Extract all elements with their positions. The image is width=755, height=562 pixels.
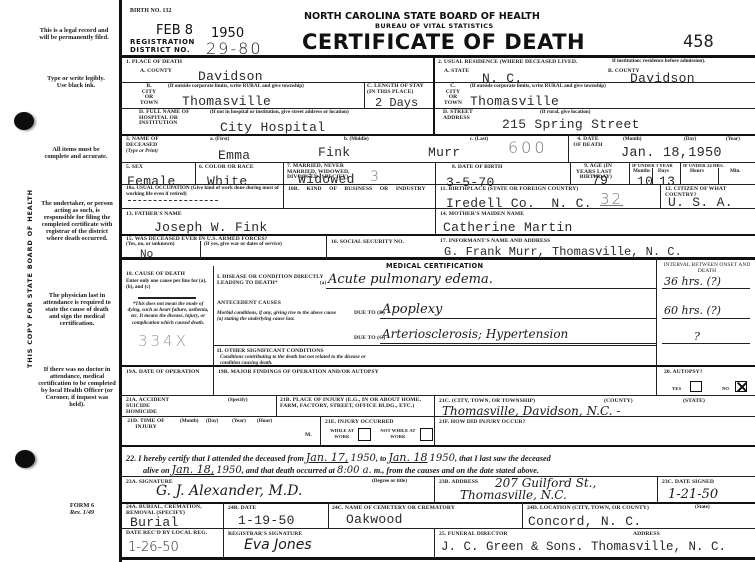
street-value: 215 Spring Street [502, 117, 640, 132]
cause-line-a: Acute pulmonary edema. [328, 272, 493, 287]
dob-label: 8. DATE OF BIRTH [452, 164, 503, 170]
line-a-label: (a) [320, 281, 326, 287]
middle-name-value: Fink [318, 145, 350, 160]
cause-of-death-label: 18. CAUSE OF DEATH [126, 271, 185, 277]
burial-state-label: (State) [695, 505, 710, 511]
col-rule [680, 162, 681, 184]
alive-on-label: alive on [143, 466, 170, 475]
burial-location-value: Concord, N. C. [528, 514, 641, 529]
time-m-label: m. [305, 432, 312, 438]
cause-hint: Enter only one cause per line for (a), (… [126, 279, 210, 291]
row-rule [434, 108, 755, 109]
birth-number: Birth No. 132 [130, 8, 172, 14]
part1-label: I. DISEASE OR CONDITION DIRECTLY LEADING… [217, 275, 337, 286]
col-rule [652, 168, 653, 184]
cemetery-value: Oakwood [346, 512, 403, 527]
birthplace-pencil-code: 32 [600, 190, 623, 208]
occupation-blank [128, 200, 218, 201]
section-rule [120, 257, 755, 260]
while-at-work-checkbox[interactable] [358, 428, 371, 441]
time-of-death: 8:00 a. [337, 465, 372, 476]
legal-record-note: This is a legal record and will be perma… [38, 27, 110, 41]
operation-date-label: 19a. DATE OF OPERATION [126, 369, 208, 375]
city-hint: (If outside corporate limits, write RURA… [168, 84, 304, 90]
res-city-label: c. CITY OR TOWN [443, 84, 463, 106]
col-rule [718, 168, 719, 184]
autopsy-label: 20. AUTOPSY? [664, 369, 703, 375]
injury-state-label: (STATE) [683, 398, 705, 404]
punch-hole-icon [14, 112, 34, 130]
cause-c-line [380, 343, 656, 344]
date-signed-label: 23c. DATE SIGNED [662, 479, 714, 485]
time-of-injury-label: 21d. TIME OF INJURY [126, 419, 166, 431]
no-doctor-note: If there was no doctor in attendance, me… [38, 366, 116, 408]
form-number: FORM 6 Rev. 1/49 [60, 502, 104, 516]
death-occurred-label: , and that death occurred at [242, 466, 335, 475]
col-rule [364, 82, 365, 108]
last-name-label: c. (Last) [470, 137, 488, 143]
cause-note-rule [138, 297, 196, 299]
certify-suffix: , that I last saw the deceased [455, 454, 551, 463]
col-rule [283, 162, 284, 184]
district-label: DISTRICT NO. [130, 46, 190, 54]
while-at-work-label: WHILE AT WORK [326, 428, 358, 440]
res-state-label: a. STATE [444, 68, 469, 74]
place-of-death-label: 1. PLACE OF DEATH [126, 59, 182, 65]
col-rule [657, 476, 658, 502]
interval-a-line [662, 288, 750, 289]
col-rule [435, 184, 436, 234]
col-rule [213, 365, 214, 395]
antecedent-label: ANTECEDENT CAUSES [217, 300, 281, 306]
dod-month-label: (Month) [623, 137, 641, 143]
father-label: 13. FATHER'S NAME [126, 211, 182, 217]
street-label: d. STREET ADDRESS [443, 110, 483, 121]
res-city-hint: (If outside corporate limits, write RURA… [470, 84, 606, 90]
col-rule [200, 241, 201, 257]
cemetery-label: 24c. NAME OF CEMETERY OR CREMATORY [332, 505, 455, 511]
date-of-death-label: 4. DATE OF DEATH [573, 137, 603, 148]
form-left-border [119, 0, 122, 562]
col-rule [570, 162, 571, 184]
marital-pencil-code: 3 [370, 169, 379, 185]
county-label: a. COUNTY [140, 68, 172, 74]
col-rule [568, 134, 569, 162]
date-of-death-value: Jan. 18,1950 [621, 146, 722, 161]
degree-label: (Degree or title) [372, 479, 407, 485]
name-label: 3. NAME OF DECEASED [126, 137, 176, 148]
col-rule [223, 502, 224, 557]
certify-line-2: alive on Jan. 18, 1950, and that death o… [143, 463, 539, 476]
autopsy-no-checkbox-checked[interactable] [735, 381, 747, 392]
funeral-director-value: J. C. Green & Sons. Thomasville, N. C. [441, 540, 726, 554]
col-rule [434, 528, 435, 557]
medical-heading: MEDICAL CERTIFICATION [386, 262, 483, 270]
stamp-date: FEB 8 [156, 23, 193, 38]
father-value: Joseph W. Fink [154, 220, 267, 235]
birthplace-label: 11. BIRTHPLACE (State or foreign country… [440, 186, 578, 192]
date-received-value: 1-26-50 [128, 540, 179, 555]
agency-name: NORTH CAROLINA STATE BOARD OF HEALTH [304, 11, 540, 22]
row-rule [120, 208, 755, 209]
vertical-copy-title: THIS COPY FOR STATE BOARD OF HEALTH [26, 189, 34, 368]
certify-prefix: 22. I hereby certify that I attended the… [126, 454, 304, 463]
place-of-injury-label: 21b. PLACE OF INJURY (e.g., in or about … [280, 398, 430, 409]
ssn-label: 16. SOCIAL SECURITY NO. [331, 239, 404, 245]
col-rule [328, 502, 329, 528]
col-rule [656, 257, 657, 365]
row-rule [120, 395, 755, 396]
registration-label: REGISTRATION [130, 38, 195, 46]
to-word: , to [376, 454, 386, 463]
cause-pencil-code: 334X [138, 332, 189, 350]
col-rule [326, 234, 327, 257]
last-seen-alive-year: 1950 [216, 465, 241, 476]
registrar-signature: Eva Jones [244, 537, 312, 553]
col-rule [656, 365, 657, 395]
cause-b-line [380, 318, 656, 319]
findings-label: 19b. MAJOR FINDINGS OF OPERATION AND/OR … [218, 369, 379, 375]
col-rule [434, 476, 435, 502]
hours-label: Hours [690, 169, 704, 175]
autopsy-yes-checkbox[interactable] [690, 381, 702, 392]
hospital-hint: (If not in hospital or institution, give… [210, 110, 349, 116]
accident-specify-label: (Specify) [228, 398, 248, 404]
last-seen-alive-date: Jan. 18, [172, 463, 215, 476]
burial-date-value: 1-19-50 [238, 513, 295, 528]
bureau-name: BUREAU OF VITAL STATISTICS [375, 22, 494, 30]
col-rule [276, 395, 277, 416]
col-rule [629, 162, 630, 184]
accident-label: 21a. ACCIDENT SUICIDE HOMICIDE [126, 398, 174, 415]
autopsy-no-label: NO [722, 386, 729, 392]
time-year-label: (Year) [232, 419, 246, 425]
sex-label: 5. SEX [126, 164, 143, 170]
col-rule [660, 184, 661, 208]
form-revision: Rev. 1/49 [60, 509, 104, 516]
middle-name-label: b. (Middle) [344, 137, 369, 143]
time-hour-label: (Hour) [257, 419, 272, 425]
hospital-value: City Hospital [220, 120, 325, 135]
date-signed-value: 1-21-50 [668, 487, 718, 502]
form-number-text: FORM 6 [60, 502, 104, 509]
cause-line-b: Apoplexy [382, 302, 442, 317]
section-rule [120, 365, 755, 367]
burial-location-label: 24d. LOCATION (City, town, or county) [527, 505, 649, 511]
type-legibly-note: Type or write legibly. Use black ink. [46, 75, 106, 89]
last-name-value: Murr [428, 145, 460, 160]
items-complete-note: All items must be complete and accurate. [40, 146, 112, 160]
address-label: 23b. ADDRESS [439, 479, 478, 485]
dod-day-label: (Day) [684, 137, 696, 143]
col-rule [434, 395, 435, 445]
burial-date-label: 24b. DATE [228, 505, 256, 511]
certificate-title: CERTIFICATE OF DEATH [302, 30, 585, 54]
min-label: Min. [730, 169, 741, 175]
hospital-label: d. FULL NAME OF HOSPITAL OR INSTITUTION [139, 110, 209, 127]
interval-label: INTERVAL BETWEEN ONSET AND DEATH [660, 262, 754, 274]
months-value: 10 [637, 174, 653, 189]
funeral-director-label: 25. FUNERAL DIRECTOR [439, 531, 508, 537]
col-rule [435, 162, 436, 184]
race-label: 6. COLOR OR RACE [199, 164, 254, 170]
undertaker-note: The undertaker, or person acting as such… [40, 200, 114, 242]
street-hint: (If rural, give location) [540, 110, 590, 116]
physician-note: The physician last in attendance is requ… [40, 292, 114, 327]
name-hint: (Type or Print) [126, 149, 158, 155]
how-injury-occurred-label: 21f. HOW DID INJURY OCCUR? [439, 419, 526, 425]
row-rule [120, 416, 755, 417]
residence-hint: If institution: residence before admissi… [612, 59, 705, 65]
row-rule [120, 476, 755, 477]
funeral-address-label: ADDRESS [633, 531, 660, 537]
due-to-b-label: DUE TO (b) [354, 310, 385, 316]
armed-hint-a: (Yes, no, or unknown) [126, 242, 174, 248]
col-rule [320, 416, 321, 445]
row-rule [213, 345, 656, 346]
residence-label: 2. USUAL RESIDENCE (Where deceased lived… [438, 59, 577, 65]
mother-value: Catherine Martin [443, 220, 573, 235]
due-to-c-label: DUE TO (c) [354, 335, 385, 341]
occupation-label: 10a. USUAL OCCUPATION (Give kind of work… [126, 186, 284, 198]
section-rule [120, 502, 755, 504]
physician-address-line-2: Thomasville, N.C. [460, 488, 567, 502]
date-received-label: DATE REC'D BY LOCAL REG. [126, 531, 220, 537]
col-rule [213, 266, 214, 366]
punch-hole-icon [15, 450, 35, 468]
col-rule [522, 502, 523, 528]
res-county-value: Davidson [630, 71, 695, 86]
cause-line-c: Arteriosclerosis; Hypertension [382, 327, 568, 341]
cause-a-line [326, 288, 656, 289]
time-day-label: (Day) [206, 419, 218, 425]
time-month-label: (Month) [180, 419, 198, 425]
cause-footnote: *This does not mean the mode of dying, s… [126, 301, 210, 326]
not-while-at-work-checkbox[interactable] [420, 428, 433, 441]
not-while-at-work-label: NOT WHILE AT WORK [378, 428, 418, 440]
certify-closing: m., from the causes and on the date stat… [374, 466, 539, 475]
bottom-rule [120, 557, 755, 560]
res-city-value: Thomasville [470, 94, 559, 109]
interval-a: 36 hrs. (?) [664, 275, 721, 288]
first-name-label: a. (First) [210, 137, 229, 143]
physician-signature: G. J. Alexander, M.D. [156, 483, 302, 499]
mother-label: 14. MOTHER'S MAIDEN NAME [440, 211, 524, 217]
col-rule [283, 184, 284, 208]
informant-label: 17. INFORMANT'S NAME AND ADDRESS [440, 238, 550, 244]
death-city-value: Thomasville [182, 94, 271, 109]
col-rule [195, 162, 196, 184]
city-label: b. CITY OR TOWN [139, 84, 159, 106]
certificate-number: 458 [683, 32, 714, 52]
antecedent-hint: Morbid conditions, if any, giving rise t… [217, 311, 337, 323]
pencil-code: 600 [508, 138, 548, 157]
injury-occurred-label: 21e. INJURY OCCURRED [325, 419, 394, 425]
business-label: 10b. KIND OF BUSINESS OR INDUSTRY [288, 186, 428, 192]
interval-c-line [662, 343, 750, 344]
stay-label: c. LENGTH OF STAY (in this place) [367, 84, 433, 95]
section-divider [433, 57, 435, 135]
section-rule [120, 445, 755, 447]
first-name-value: Emma [218, 148, 250, 163]
dod-year-label: (Year) [726, 137, 740, 143]
row-rule [120, 528, 755, 529]
interval-b-line [662, 318, 750, 319]
armed-hint-b: (If yes, give war or dates of service) [204, 242, 282, 248]
autopsy-yes-label: YES [672, 386, 681, 392]
interval-c: ? [694, 330, 700, 343]
age-value: 79 [592, 173, 608, 188]
interval-b: 60 hrs. (?) [664, 304, 721, 317]
